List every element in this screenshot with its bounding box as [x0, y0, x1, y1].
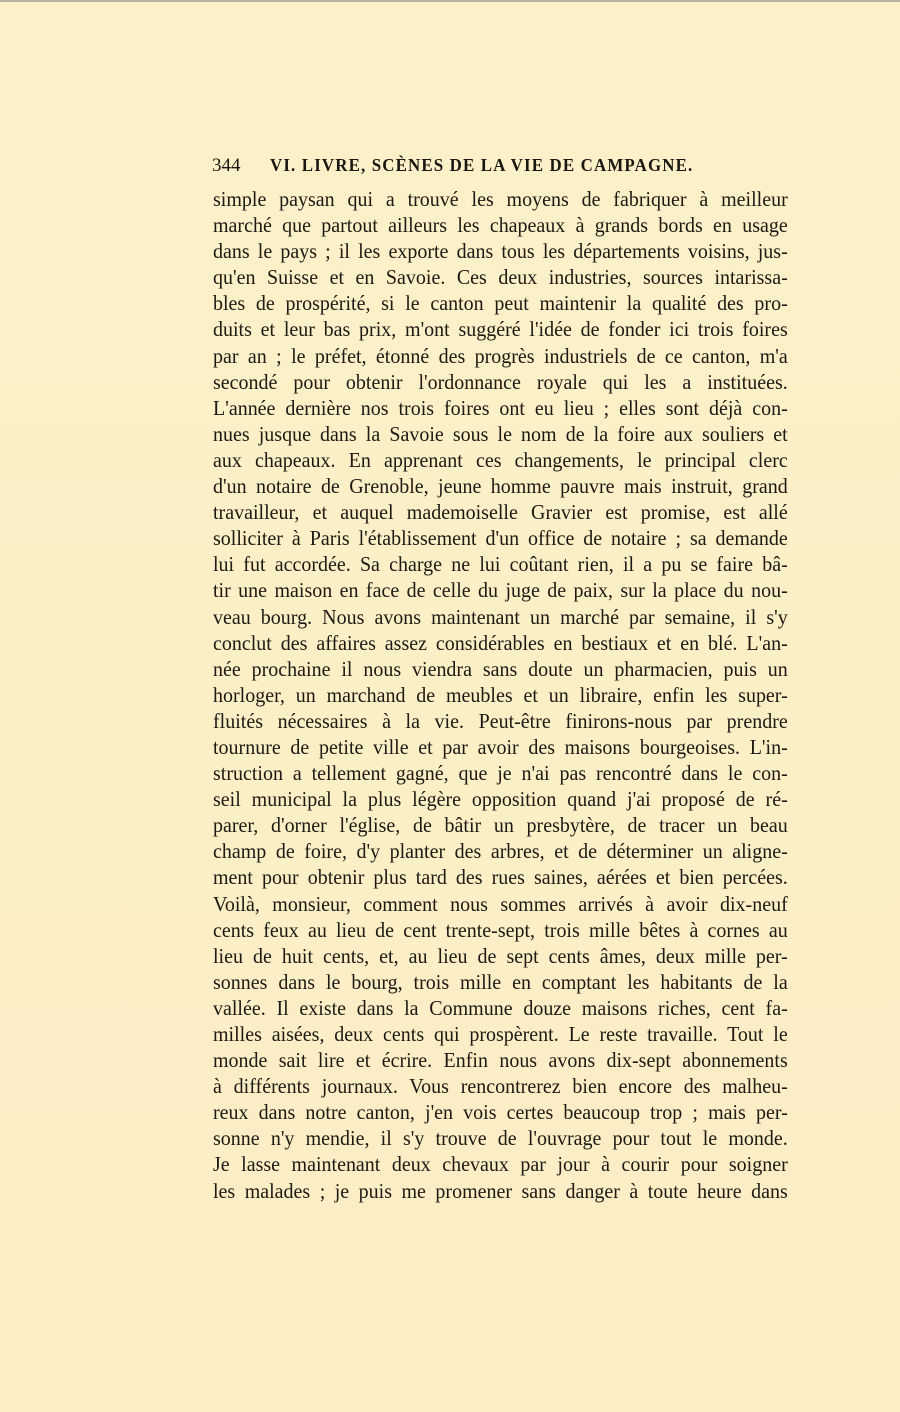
text-line: qu'en Suisse et en Savoie. Ces deux indu…: [213, 264, 788, 290]
text-line: sonnes dans le bourg, trois mille en com…: [213, 969, 788, 995]
text-line: Je lasse maintenant deux chevaux par jou…: [213, 1151, 788, 1177]
text-line: d'un notaire de Grenoble, jeune homme pa…: [213, 473, 788, 499]
text-line: sonne n'y mendie, il s'y trouve de l'ouv…: [213, 1125, 788, 1151]
text-line: bles de prospérité, si le canton peut ma…: [213, 290, 788, 316]
text-line: veau bourg. Nous avons maintenant un mar…: [213, 604, 788, 630]
text-line: à différents journaux. Vous rencontrerez…: [213, 1073, 788, 1099]
text-line: marché que partout ailleurs les chapeaux…: [213, 212, 788, 238]
text-line: solliciter à Paris l'établissement d'un …: [213, 525, 788, 551]
text-line: duits et leur bas prix, m'ont suggéré l'…: [213, 316, 788, 342]
text-line: Voilà, monsieur, comment nous sommes arr…: [213, 891, 788, 917]
text-line: travailleur, et auquel mademoiselle Grav…: [213, 499, 788, 525]
running-head: 344 VI. LIVRE, SCÈNES DE LA VIE DE CAMPA…: [212, 155, 792, 185]
text-line: struction a tellement gagné, que je n'ai…: [213, 760, 788, 786]
text-line: lieu de huit cents, et, au lieu de sept …: [213, 943, 788, 969]
text-line: conclut des affaires assez considérables…: [213, 630, 788, 656]
body-text: simple paysan qui a trouvé les moyens de…: [213, 186, 803, 1204]
text-line: nues jusque dans la Savoie sous le nom d…: [213, 421, 788, 447]
text-line: les malades ; je puis me promener sans d…: [213, 1178, 788, 1204]
text-line: L'année dernière nos trois foires ont eu…: [213, 395, 788, 421]
text-line: née prochaine il nous viendra sans doute…: [213, 656, 788, 682]
text-line: cents feux au lieu de cent trente-sept, …: [213, 917, 788, 943]
text-line: ment pour obtenir plus tard des rues sai…: [213, 864, 788, 890]
page-number: 344: [212, 155, 270, 177]
text-line: secondé pour obtenir l'ordonnance royale…: [213, 369, 788, 395]
text-line: vallée. Il existe dans la Commune douze …: [213, 995, 788, 1021]
book-page: 344 VI. LIVRE, SCÈNES DE LA VIE DE CAMPA…: [0, 0, 900, 1412]
text-line: monde sait lire et écrire. Enfin nous av…: [213, 1047, 788, 1073]
text-line: parer, d'orner l'église, de bâtir un pre…: [213, 812, 788, 838]
text-line: champ de foire, d'y planter des arbres, …: [213, 838, 788, 864]
text-line: aux chapeaux. En apprenant ces changemen…: [213, 447, 788, 473]
text-line: simple paysan qui a trouvé les moyens de…: [213, 186, 788, 212]
scan-top-edge: [0, 0, 900, 2]
text-line: lui fut accordée. Sa charge ne lui coûta…: [213, 551, 788, 577]
text-line: horloger, un marchand de meubles et un l…: [213, 682, 788, 708]
text-line: reux dans notre canton, j'en vois certes…: [213, 1099, 788, 1125]
text-line: fluités nécessaires à la vie. Peut-être …: [213, 708, 788, 734]
text-line: tir une maison en face de celle du juge …: [213, 577, 788, 603]
text-line: par an ; le préfet, étonné des progrès i…: [213, 343, 788, 369]
text-line: seil municipal la plus légère opposition…: [213, 786, 788, 812]
running-title: VI. LIVRE, SCÈNES DE LA VIE DE CAMPAGNE.: [270, 155, 693, 176]
text-line: tournure de petite ville et par avoir de…: [213, 734, 788, 760]
text-line: dans le pays ; il les exporte dans tous …: [213, 238, 788, 264]
text-line: milles aisées, deux cents qui prospèrent…: [213, 1021, 788, 1047]
